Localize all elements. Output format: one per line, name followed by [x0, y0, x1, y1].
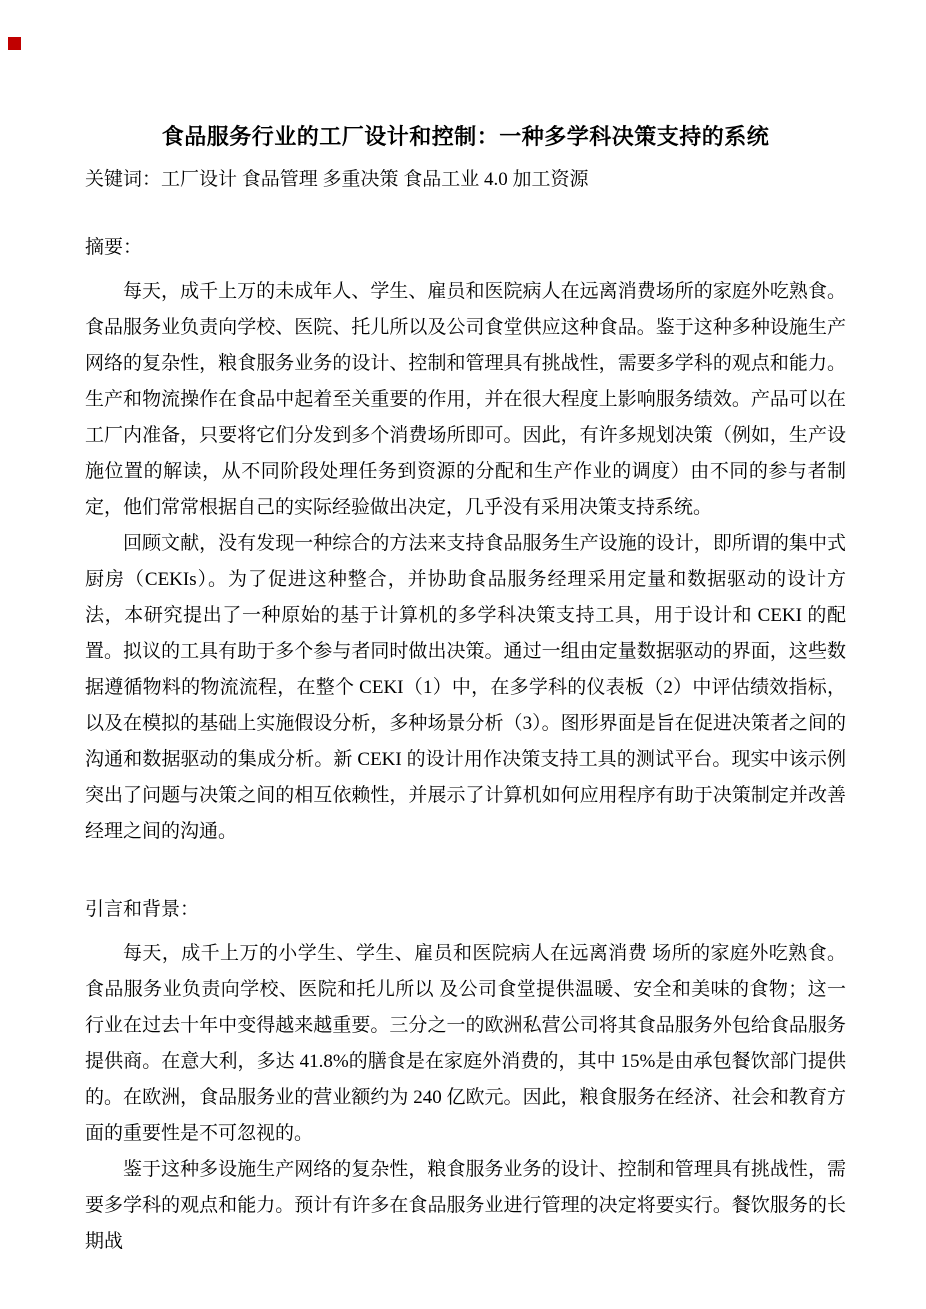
document-page: 食品服务行业的工厂设计和控制：一种多学科决策支持的系统 关键词：工厂设计 食品管…	[0, 0, 926, 1309]
abstract-paragraph: 回顾文献，没有发现一种综合的方法来支持食品服务生产设施的设计，即所谓的集中式厨房…	[85, 526, 846, 850]
introduction-heading: 引言和背景：	[85, 892, 846, 928]
document-title: 食品服务行业的工厂设计和控制：一种多学科决策支持的系统	[85, 122, 846, 152]
red-square-marker	[8, 37, 21, 50]
document-content: 食品服务行业的工厂设计和控制：一种多学科决策支持的系统 关键词：工厂设计 食品管…	[85, 0, 846, 1260]
abstract-heading: 摘要：	[85, 230, 846, 266]
intro-paragraph: 每天，成千上万的小学生、学生、雇员和医院病人在远离消费 场所的家庭外吃熟食。 食…	[85, 936, 846, 1152]
abstract-paragraph: 每天，成千上万的未成年人、学生、雇员和医院病人在远离消费场所的家庭外吃熟食。食品…	[85, 274, 846, 526]
keywords-line: 关键词：工厂设计 食品管理 多重决策 食品工业 4.0 加工资源	[85, 162, 846, 198]
intro-paragraph: 鉴于这种多设施生产网络的复杂性，粮食服务业务的设计、控制和管理具有挑战性，需要多…	[85, 1152, 846, 1260]
